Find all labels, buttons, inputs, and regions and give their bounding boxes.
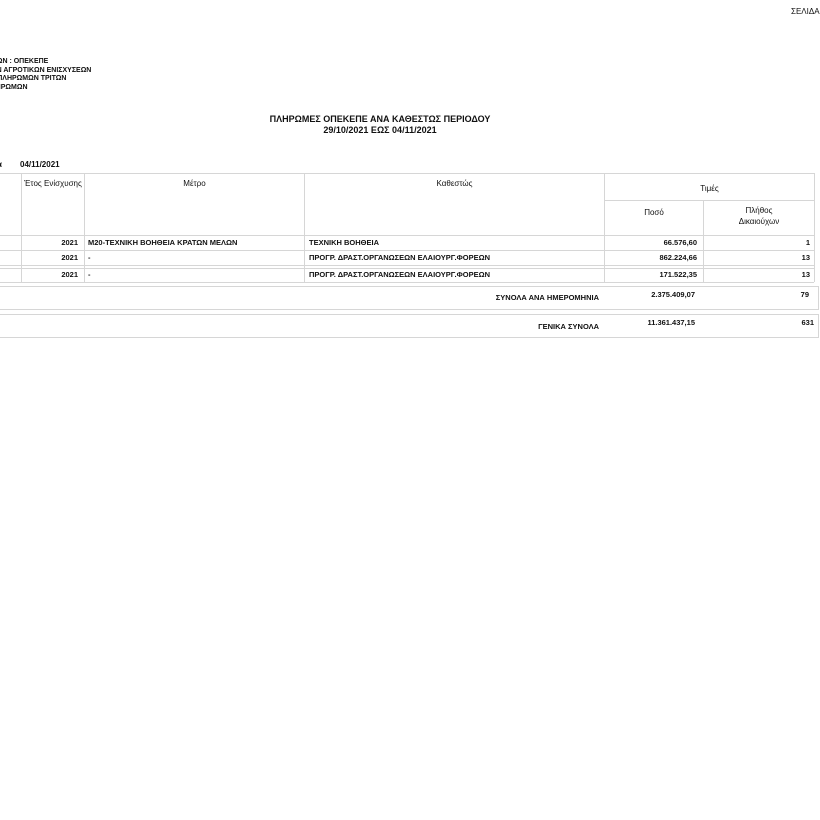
cell-beneficiaries: 1 [704,238,810,248]
table-border [0,235,814,236]
header-values-group: Τιμές [605,183,814,194]
grand-totals-beneficiaries: 631 [703,318,814,328]
date-totals-amount: 2.375.409,07 [605,290,695,300]
cell-measure: - [88,270,91,280]
table-border [0,173,814,174]
table-border [0,250,814,251]
cell-year: 2021 [22,238,78,248]
header-amount: Ποσό [605,207,703,218]
table-border [0,265,814,266]
date-totals-row: ΣΥΝΟΛΑ ΑΝΑ ΗΜΕΡΟΜΗΝΙΑ 2.375.409,07 79 [0,286,819,310]
report-period: 29/10/2021 ΕΩΣ 04/11/2021 [0,125,760,136]
page-label: ΣΕΛΙΔΑ [791,7,820,16]
header-status: Καθεστώς [305,178,604,189]
cell-amount: 171.522,35 [605,270,697,280]
table-border [21,173,22,282]
table-border [814,173,815,282]
grand-totals-label: ΓΕΝΙΚΑ ΣΥΝΟΛΑ [0,322,599,332]
cell-year: 2021 [22,270,78,280]
table-border [0,268,814,269]
cell-measure: Μ20-ΤΕΧΝΙΚΗ ΒΟΗΘΕΙΑ ΚΡΑΤΩΝ ΜΕΛΩΝ [88,238,237,248]
table-border [84,173,85,282]
grand-totals-row: ΓΕΝΙΚΑ ΣΥΝΟΛΑ 11.361.437,15 631 [0,314,819,338]
header-beneficiaries: Πλήθος Δικαιούχων [726,205,792,227]
report-title: ΠΛΗΡΩΜΕΣ ΟΠΕΚΕΠΕ ΑΝΑ ΚΑΘΕΣΤΩΣ ΠΕΡΙΟΔΟΥ [0,114,760,125]
date-totals-label: ΣΥΝΟΛΑ ΑΝΑ ΗΜΕΡΟΜΗΝΙΑ [0,293,599,303]
cell-status: ΠΡΟΓΡ. ΔΡΑΣΤ.ΟΡΓΑΝΩΣΕΩΝ ΕΛΑΙΟΥΡΓ.ΦΟΡΕΩΝ [309,270,490,280]
cell-year: 2021 [22,253,78,263]
table-border [0,282,814,283]
table-border [604,200,814,201]
cell-measure: - [88,253,91,263]
date-totals-beneficiaries: 79 [703,290,809,300]
organization-block: ΜΩΝ : ΟΠΕΚΕΠΕ ΩΝ ΑΓΡΟΤΙΚΩΝ ΕΝΙΣΧΥΣΕΩΝ Τ … [0,58,91,92]
cell-beneficiaries: 13 [704,253,810,263]
org-line: ΜΩΝ : ΟΠΕΚΕΠΕ [0,58,91,67]
date-value: 04/11/2021 [20,160,60,169]
org-line: ΩΝ ΑΓΡΟΤΙΚΩΝ ΕΝΙΣΧΥΣΕΩΝ [0,67,91,76]
table-border [304,173,305,282]
date-label: α [0,160,2,169]
cell-amount: 862.224,66 [605,253,697,263]
header-year: Έτος Ενίσχυσης [22,178,84,189]
org-line: ΛΗΡΩΜΩΝ [0,84,91,93]
cell-status: ΤΕΧΝΙΚΗ ΒΟΗΘΕΙΑ [309,238,379,248]
cell-amount: 66.576,60 [605,238,697,248]
grand-totals-amount: 11.361.437,15 [605,318,695,328]
cell-status: ΠΡΟΓΡ. ΔΡΑΣΤ.ΟΡΓΑΝΩΣΕΩΝ ΕΛΑΙΟΥΡΓ.ΦΟΡΕΩΝ [309,253,490,263]
header-measure: Μέτρο [85,178,304,189]
org-line: Τ ΠΛΗΡΩΜΩΝ ΤΡΙΤΩΝ [0,75,91,84]
cell-beneficiaries: 13 [704,270,810,280]
